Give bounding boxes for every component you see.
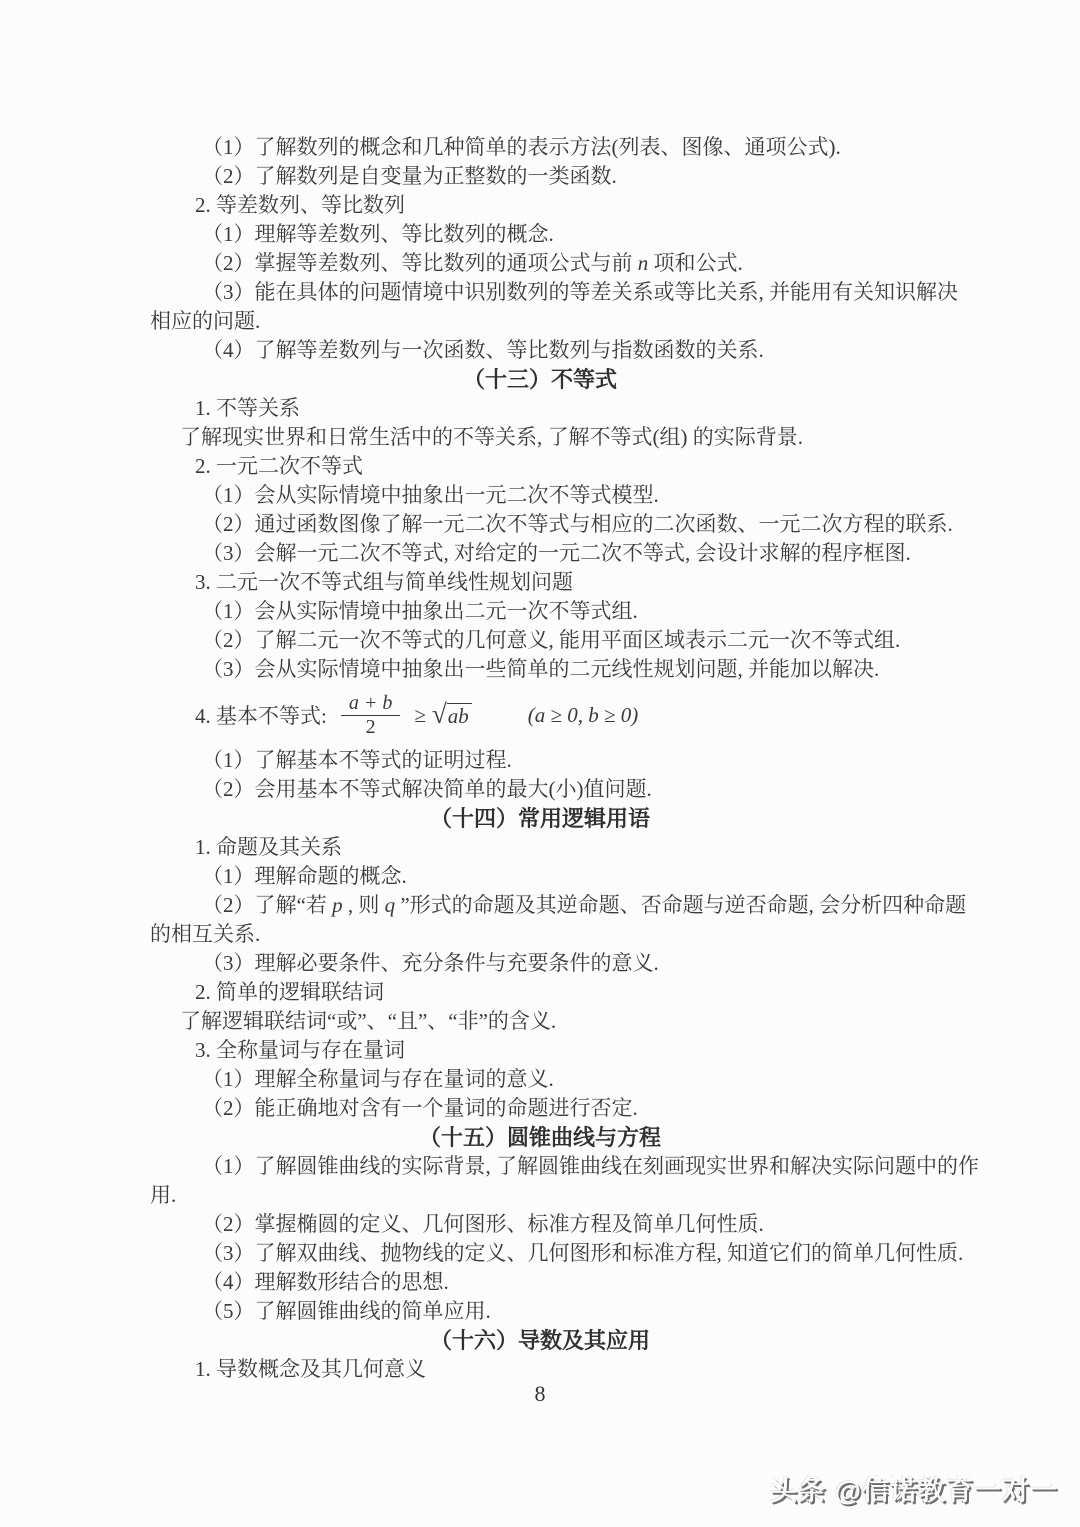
numbered-item: 2. 等差数列、等比数列 [150,191,930,220]
text-line-continuation: 相应的问题. [150,307,930,336]
section-heading-14: （十四）常用逻辑用语 [150,804,930,833]
numbered-item: 2. 简单的逻辑联结词 [150,978,930,1007]
text-line: （4）了解等差数列与一次函数、等比数列与指数函数的关系. [150,336,930,365]
text-column: （1）了解数列的概念和几种简单的表示方法(列表、图像、通项公式). （2）了解数… [150,133,930,1384]
text-part: （2）了解“若 [202,893,332,917]
text-line: （1）会从实际情境中抽象出二元一次不等式组. [150,597,930,626]
watermark: 头条 @信诺教育一对一 [770,1469,1058,1508]
text-line: （2）通过函数图像了解一元二次不等式与相应的二次函数、一元二次方程的联系. [150,510,930,539]
math-var-p: p [332,893,343,917]
fraction-numerator: a + b [341,692,401,715]
text-part: （2）掌握等差数列、等比数列的通项公式与前 [202,251,638,275]
text-line: （2）了解二元一次不等式的几何意义, 能用平面区域表示二元一次不等式组. [150,626,930,655]
text-part: 项和公式. [648,251,743,275]
text-line: （1）了解数列的概念和几种简单的表示方法(列表、图像、通项公式). [150,133,930,162]
document-page: （1）了解数列的概念和几种简单的表示方法(列表、图像、通项公式). （2）了解数… [0,0,1080,1527]
text-line: （1）会从实际情境中抽象出一元二次不等式模型. [150,481,930,510]
numbered-item: 1. 不等关系 [150,394,930,423]
text-line: （1）了解基本不等式的证明过程. [150,746,930,775]
math-var-n: n [638,251,649,275]
text-line: （3）会从实际情境中抽象出一些简单的二元线性规划问题, 并能加以解决. [150,655,930,684]
text-line: 了解逻辑联结词“或”、“且”、“非”的含义. [150,1007,930,1036]
geq-sign: ≥ [414,703,426,728]
text-line-continuation: 的相互关系. [150,920,930,949]
text-part: , 则 [343,893,385,917]
text-line-continuation: 用. [150,1181,930,1210]
numbered-item: 1. 命题及其关系 [150,833,930,862]
text-line: （4）理解数形结合的思想. [150,1268,930,1297]
text-line: （3）了解双曲线、抛物线的定义、几何图形和标准方程, 知道它们的简单几何性质. [150,1239,930,1268]
sqrt-expression: √ ab [432,701,472,728]
numbered-item: 3. 全称量词与存在量词 [150,1036,930,1065]
text-line: （1）理解全称量词与存在量词的意义. [150,1065,930,1094]
text-line: （5）了解圆锥曲线的简单应用. [150,1297,930,1326]
section-heading-16: （十六）导数及其应用 [150,1326,930,1355]
text-part: ”形式的命题及其逆命题、否命题与逆否命题, 会分析四种命题 [395,893,966,917]
formula-label: 4. 基本不等式: [195,700,327,730]
formula-line: 4. 基本不等式: a + b 2 ≥ √ ab (a ≥ 0, b ≥ 0) [150,684,930,746]
formula-condition: (a ≥ 0, b ≥ 0) [528,703,639,728]
numbered-item: 2. 一元二次不等式 [150,452,930,481]
text-line: （1）了解圆锥曲线的实际背景, 了解圆锥曲线在刻画现实世界和解决实际问题中的作 [150,1152,930,1181]
text-line: （2）了解“若 p , 则 q ”形式的命题及其逆命题、否命题与逆否命题, 会分… [150,891,930,920]
fraction: a + b 2 [341,692,401,739]
section-heading-15: （十五）圆锥曲线与方程 [150,1123,930,1152]
text-line: （3）能在具体的问题情境中识别数列的等差关系或等比关系, 并能用有关知识解决 [150,278,930,307]
math-var-q: q [385,893,396,917]
radical-sign: √ [432,701,447,728]
text-line: （3）会解一元二次不等式, 对给定的一元二次不等式, 会设计求解的程序框图. [150,539,930,568]
numbered-item: 3. 二元一次不等式组与简单线性规划问题 [150,568,930,597]
sqrt-radicand: ab [447,703,472,728]
text-line: 了解现实世界和日常生活中的不等关系, 了解不等式(组) 的实际背景. [150,423,930,452]
text-line: （2）了解数列是自变量为正整数的一类函数. [150,162,930,191]
section-heading-13: （十三）不等式 [150,365,930,394]
text-line: （2）会用基本不等式解决简单的最大(小)值问题. [150,775,930,804]
text-line: （2）掌握等差数列、等比数列的通项公式与前 n 项和公式. [150,249,930,278]
text-line: （3）理解必要条件、充分条件与充要条件的意义. [150,949,930,978]
page-number: 8 [0,1381,1080,1407]
text-line: （1）理解命题的概念. [150,862,930,891]
numbered-item: 1. 导数概念及其几何意义 [150,1355,930,1384]
text-line: （1）理解等差数列、等比数列的概念. [150,220,930,249]
text-line: （2）掌握椭圆的定义、几何图形、标准方程及简单几何性质. [150,1210,930,1239]
text-line: （2）能正确地对含有一个量词的命题进行否定. [150,1094,930,1123]
fraction-denominator: 2 [341,715,401,739]
